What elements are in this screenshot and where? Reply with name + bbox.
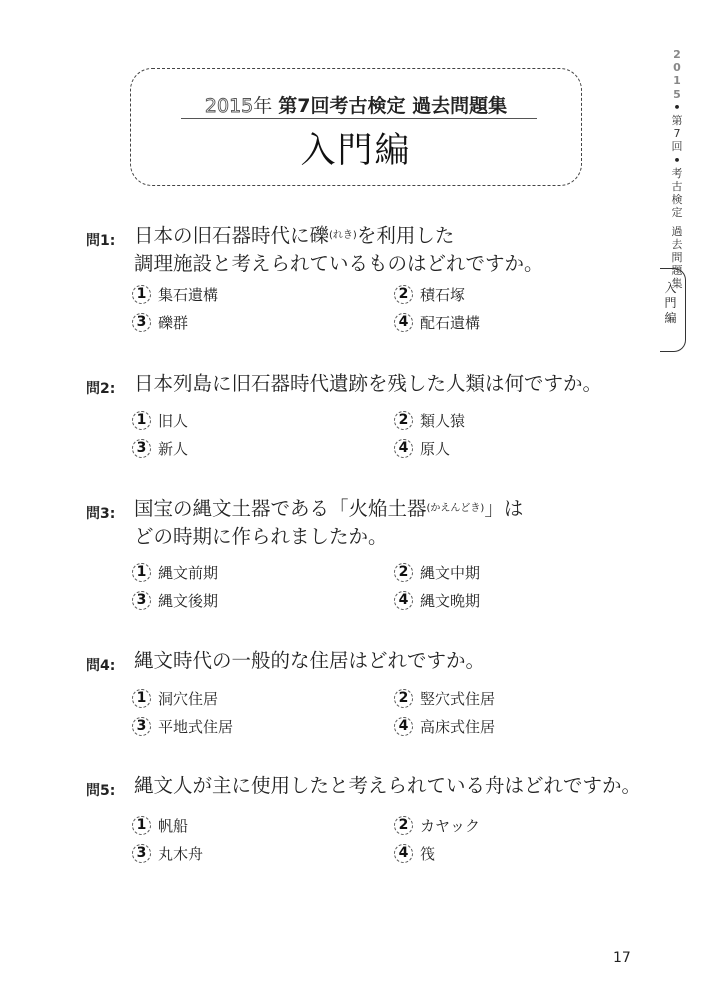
number-circle-icon: 1 xyxy=(132,816,151,835)
question-label: 問1: xyxy=(86,230,115,250)
choice-2[interactable]: 2積石塚 xyxy=(394,282,465,306)
question-text-line: 日本列島に旧石器時代遺跡を残した人類は何ですか。 xyxy=(134,370,602,398)
choice-text: 配石遺構 xyxy=(420,312,480,333)
number-circle-icon: 4 xyxy=(394,844,413,863)
number-circle-icon: 1 xyxy=(132,411,151,430)
tab-char: 門 xyxy=(660,296,681,311)
choice-3[interactable]: 3丸木舟 xyxy=(132,841,203,865)
number-circle-icon: 1 xyxy=(132,563,151,582)
choice-2[interactable]: 2類人猿 xyxy=(394,408,465,432)
furigana: (れき) xyxy=(329,230,357,241)
tab-char: 編 xyxy=(660,311,681,326)
question-text-line: 調理施設と考えられているものはどれですか。 xyxy=(134,250,544,278)
choice-text: 縄文後期 xyxy=(158,590,218,611)
number-circle-icon: 3 xyxy=(132,439,151,458)
title-year-suffix: 年 xyxy=(253,95,272,117)
choice-text: カヤック xyxy=(420,815,480,836)
question-text-part: 」は xyxy=(484,497,523,520)
question-text: 日本の旧石器時代に礫(れき)を利用した 調理施設と考えられているものはどれですか… xyxy=(134,222,544,278)
question-text: 縄文時代の一般的な住居はどれですか。 xyxy=(134,647,485,675)
side-char: 回 xyxy=(670,140,684,153)
number-circle-icon: 3 xyxy=(132,313,151,332)
choice-text: 高床式住居 xyxy=(420,716,495,737)
question-label: 問4: xyxy=(86,655,115,675)
number-circle-icon: 2 xyxy=(394,563,413,582)
section-title: 入門編 xyxy=(131,123,581,173)
choice-1[interactable]: 1集石遺構 xyxy=(132,282,218,306)
section-tab: 入 門 編 xyxy=(660,268,686,352)
title-series: 第7回考古検定 過去問題集 xyxy=(278,95,507,117)
furigana: (かえんどき) xyxy=(427,503,485,514)
choice-text: 縄文前期 xyxy=(158,562,218,583)
title-divider xyxy=(181,118,537,119)
question-label: 問3: xyxy=(86,503,115,523)
question-text-line: どの時期に作られましたか。 xyxy=(134,523,523,551)
choice-1[interactable]: 1旧人 xyxy=(132,408,188,432)
choice-text: 丸木舟 xyxy=(158,843,203,864)
number-circle-icon: 2 xyxy=(394,411,413,430)
side-char: 過 xyxy=(670,225,684,238)
number-circle-icon: 4 xyxy=(394,439,413,458)
choice-text: 旧人 xyxy=(158,410,188,431)
choice-1[interactable]: 1縄文前期 xyxy=(132,560,218,584)
number-circle-icon: 3 xyxy=(132,591,151,610)
side-year-digit: 2 xyxy=(670,48,684,61)
side-running-head: 2 0 1 5 • 第 7 回 • 考 古 検 定 過 去 問 題 集 xyxy=(670,48,684,291)
side-char: 去 xyxy=(670,238,684,251)
choice-4[interactable]: 4縄文晩期 xyxy=(394,588,480,612)
choice-3[interactable]: 3新人 xyxy=(132,436,188,460)
choice-text: 平地式住居 xyxy=(158,716,233,737)
number-circle-icon: 1 xyxy=(132,285,151,304)
question-text: 国宝の縄文土器である「火焔土器(かえんどき)」は どの時期に作られましたか。 xyxy=(134,495,523,551)
choice-text: 帆船 xyxy=(158,815,188,836)
choice-text: 礫群 xyxy=(158,312,188,333)
side-year-digit: 1 xyxy=(670,74,684,87)
number-circle-icon: 2 xyxy=(394,285,413,304)
question-label: 問5: xyxy=(86,780,115,800)
question-text: 日本列島に旧石器時代遺跡を残した人類は何ですか。 xyxy=(134,370,602,398)
question-text-part: を利用した xyxy=(357,224,455,247)
title-box: 2015年第7回考古検定 過去問題集 入門編 xyxy=(130,68,582,186)
choice-1[interactable]: 1洞穴住居 xyxy=(132,686,218,710)
number-circle-icon: 3 xyxy=(132,717,151,736)
question-text-line: 縄文時代の一般的な住居はどれですか。 xyxy=(134,647,485,675)
side-year-digit: 0 xyxy=(670,61,684,74)
choice-text: 竪穴式住居 xyxy=(420,688,495,709)
choice-1[interactable]: 1帆船 xyxy=(132,813,188,837)
choice-2[interactable]: 2カヤック xyxy=(394,813,480,837)
question-text-line: 縄文人が主に使用したと考えられている舟はどれですか。 xyxy=(134,772,641,800)
number-circle-icon: 4 xyxy=(394,313,413,332)
side-char: 7 xyxy=(670,127,684,140)
side-separator: • xyxy=(670,154,684,167)
number-circle-icon: 1 xyxy=(132,689,151,708)
choice-text: 積石塚 xyxy=(420,284,465,305)
choice-text: 縄文中期 xyxy=(420,562,480,583)
number-circle-icon: 2 xyxy=(394,689,413,708)
choice-2[interactable]: 2竪穴式住居 xyxy=(394,686,495,710)
number-circle-icon: 2 xyxy=(394,816,413,835)
series-title: 2015年第7回考古検定 過去問題集 xyxy=(131,91,581,118)
side-char: 検 xyxy=(670,193,684,206)
number-circle-icon: 4 xyxy=(394,717,413,736)
choice-text: 原人 xyxy=(420,438,450,459)
side-char: 考 xyxy=(670,167,684,180)
choice-2[interactable]: 2縄文中期 xyxy=(394,560,480,584)
question-text-part: 日本の旧石器時代に礫 xyxy=(134,224,329,247)
side-separator: • xyxy=(670,101,684,114)
side-char: 定 xyxy=(670,206,684,219)
question-text: 縄文人が主に使用したと考えられている舟はどれですか。 xyxy=(134,772,641,800)
choice-text: 筏 xyxy=(420,843,435,864)
choice-3[interactable]: 3縄文後期 xyxy=(132,588,218,612)
choice-text: 集石遺構 xyxy=(158,284,218,305)
choice-text: 類人猿 xyxy=(420,410,465,431)
side-char: 古 xyxy=(670,180,684,193)
choice-4[interactable]: 4筏 xyxy=(394,841,435,865)
question-label: 問2: xyxy=(86,378,115,398)
tab-char: 入 xyxy=(660,281,681,296)
title-year: 2015 xyxy=(205,95,253,117)
choice-text: 新人 xyxy=(158,438,188,459)
number-circle-icon: 3 xyxy=(132,844,151,863)
choice-4[interactable]: 4配石遺構 xyxy=(394,310,480,334)
question-text-part: 国宝の縄文土器である「火焔土器 xyxy=(134,497,427,520)
choice-4[interactable]: 4原人 xyxy=(394,436,450,460)
choice-3[interactable]: 3平地式住居 xyxy=(132,714,233,738)
choice-3[interactable]: 3礫群 xyxy=(132,310,188,334)
choice-text: 縄文晩期 xyxy=(420,590,480,611)
number-circle-icon: 4 xyxy=(394,591,413,610)
choice-text: 洞穴住居 xyxy=(158,688,218,709)
choice-4[interactable]: 4高床式住居 xyxy=(394,714,495,738)
side-year-digit: 5 xyxy=(670,88,684,101)
section-tab-label: 入 門 編 xyxy=(660,281,681,326)
page-number: 17 xyxy=(613,950,631,966)
side-char: 第 xyxy=(670,114,684,127)
side-char: 問 xyxy=(670,251,684,264)
